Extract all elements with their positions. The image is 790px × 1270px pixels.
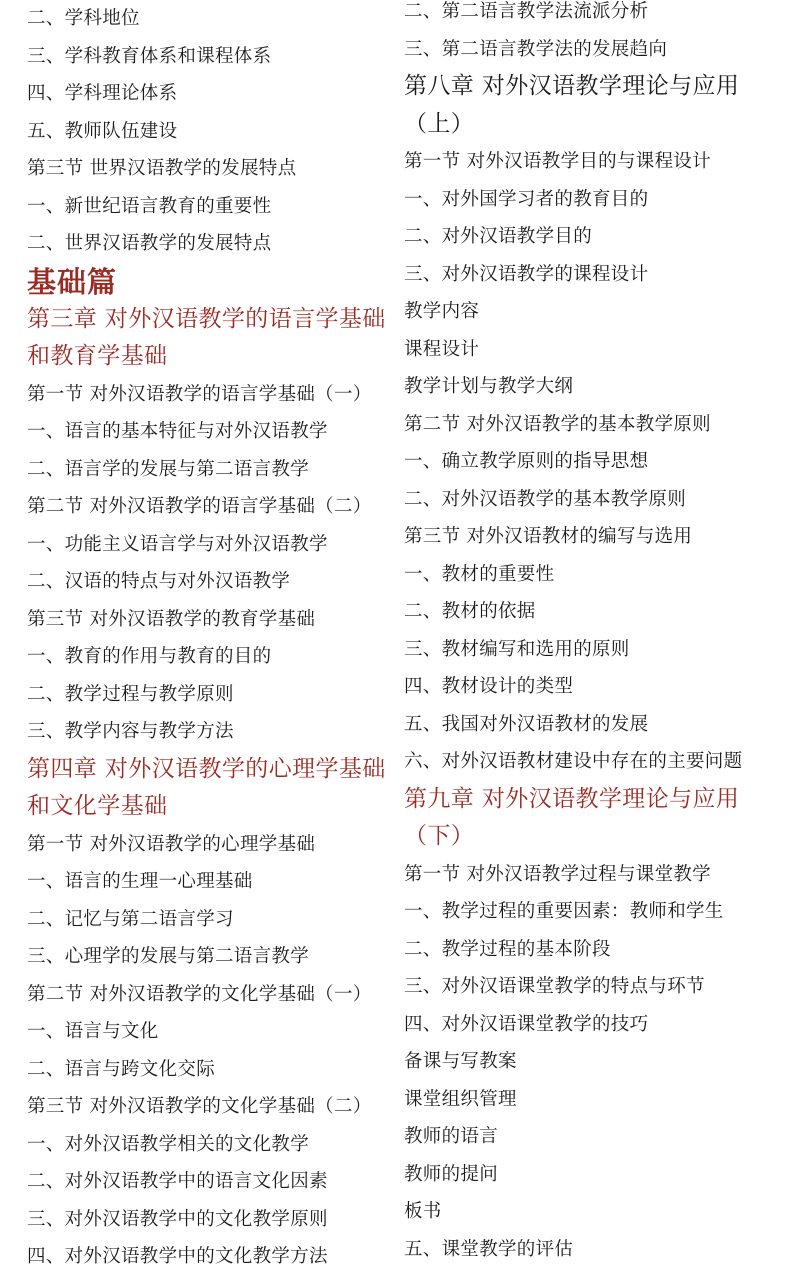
toc-item: 一、教学过程的重要因素：教师和学生 <box>404 893 784 931</box>
toc-item: 三、对外汉语教学中的文化教学原则 <box>27 1201 392 1239</box>
toc-section: 第三节 对外汉语教学的文化学基础（二） <box>27 1088 392 1126</box>
toc-chapter-heading: 第九章 对外汉语教学理论与应用（下） <box>404 781 784 856</box>
toc-item: 一、功能主义语言学与对外汉语教学 <box>27 526 392 564</box>
toc-item: 二、第二语言教学法流派分析 <box>404 0 784 31</box>
toc-item: 四、对外汉语课堂教学的技巧 <box>404 1006 784 1044</box>
toc-item: 三、教学内容与教学方法 <box>27 713 392 751</box>
toc-item: 一、教育的作用与教育的目的 <box>27 638 392 676</box>
toc-item: 课堂组织管理 <box>404 1081 784 1119</box>
toc-item: 二、教材的依据 <box>404 593 784 631</box>
toc-chapter-heading: 第四章 对外汉语教学的心理学基础和文化学基础 <box>27 751 392 826</box>
toc-section: 第二节 对外汉语教学的基本教学原则 <box>404 406 784 444</box>
toc-item: 教师的语言 <box>404 1118 784 1156</box>
toc-item: 二、对外汉语教学目的 <box>404 218 784 256</box>
toc-left-column: 二、学科地位 三、学科教育体系和课程体系 四、学科理论体系 五、教师队伍建设 第… <box>27 0 392 1270</box>
toc-item: 教师的提问 <box>404 1156 784 1194</box>
toc-item: 三、对外汉语课堂教学的特点与环节 <box>404 968 784 1006</box>
toc-item: 二、世界汉语教学的发展特点 <box>27 225 392 263</box>
toc-item: 一、对外国学习者的教育目的 <box>404 181 784 219</box>
toc-section: 第一节 对外汉语教学的心理学基础 <box>27 826 392 864</box>
toc-section: 第一节 对外汉语教学目的与课程设计 <box>404 143 784 181</box>
toc-item: 三、对外汉语教学的课程设计 <box>404 256 784 294</box>
toc-section: 第一节 对外汉语教学的语言学基础（一） <box>27 376 392 414</box>
toc-part-heading: 基础篇 <box>27 263 392 301</box>
toc-item: 二、记忆与第二语言学习 <box>27 901 392 939</box>
toc-item: 四、学科理论体系 <box>27 75 392 113</box>
toc-section: 第三节 对外汉语教材的编写与选用 <box>404 518 784 556</box>
toc-item: 二、教学过程与教学原则 <box>27 676 392 714</box>
toc-item: 一、对外汉语教学相关的文化教学 <box>27 1126 392 1164</box>
toc-item: 二、汉语的特点与对外汉语教学 <box>27 563 392 601</box>
toc-item: 课程设计 <box>404 331 784 369</box>
toc-section: 第三节 对外汉语教学的教育学基础 <box>27 601 392 639</box>
toc-item: 五、教师队伍建设 <box>27 113 392 151</box>
toc-item: 二、语言学的发展与第二语言教学 <box>27 451 392 489</box>
toc-section: 第二节 对外汉语教学的语言学基础（二） <box>27 488 392 526</box>
toc-item: 教学计划与教学大纲 <box>404 368 784 406</box>
toc-item: 教学内容 <box>404 293 784 331</box>
toc-item: 一、语言的生理一心理基础 <box>27 863 392 901</box>
toc-item: 一、确立教学原则的指导思想 <box>404 443 784 481</box>
toc-chapter-heading: 第三章 对外汉语教学的语言学基础和教育学基础 <box>27 301 392 376</box>
toc-item: 一、语言与文化 <box>27 1013 392 1051</box>
toc-item: 二、语言与跨文化交际 <box>27 1051 392 1089</box>
toc-item: 三、学科教育体系和课程体系 <box>27 38 392 76</box>
toc-item: 二、学科地位 <box>27 0 392 38</box>
toc-item: 板书 <box>404 1193 784 1231</box>
toc-item: 一、教材的重要性 <box>404 556 784 594</box>
toc-item: 一、语言的基本特征与对外汉语教学 <box>27 413 392 451</box>
toc-item: 四、教材设计的类型 <box>404 668 784 706</box>
toc-item: 三、第二语言教学法的发展趋向 <box>404 31 784 69</box>
toc-item: 一、新世纪语言教育的重要性 <box>27 188 392 226</box>
toc-item: 三、心理学的发展与第二语言教学 <box>27 938 392 976</box>
toc-item: 二、对外汉语教学的基本教学原则 <box>404 481 784 519</box>
toc-item: 六、对外汉语教材建设中存在的主要问题 <box>404 743 784 781</box>
toc-section: 第二节 对外汉语教学的文化学基础（一） <box>27 976 392 1014</box>
toc-item: 备课与写教案 <box>404 1043 784 1081</box>
toc-item: 五、我国对外汉语教材的发展 <box>404 706 784 744</box>
toc-item: 二、对外汉语教学中的语言文化因素 <box>27 1163 392 1201</box>
toc-chapter-heading: 第八章 对外汉语教学理论与应用（上） <box>404 68 784 143</box>
toc-section: 第三节 世界汉语教学的发展特点 <box>27 150 392 188</box>
toc-right-column: 二、第二语言教学法流派分析 三、第二语言教学法的发展趋向 第八章 对外汉语教学理… <box>404 0 784 1268</box>
toc-item: 三、教材编写和选用的原则 <box>404 631 784 669</box>
toc-item: 二、教学过程的基本阶段 <box>404 931 784 969</box>
toc-item: 五、课堂教学的评估 <box>404 1231 784 1269</box>
toc-section: 第一节 对外汉语教学过程与课堂教学 <box>404 856 784 894</box>
toc-item: 四、对外汉语教学中的文化教学方法 <box>27 1238 392 1270</box>
